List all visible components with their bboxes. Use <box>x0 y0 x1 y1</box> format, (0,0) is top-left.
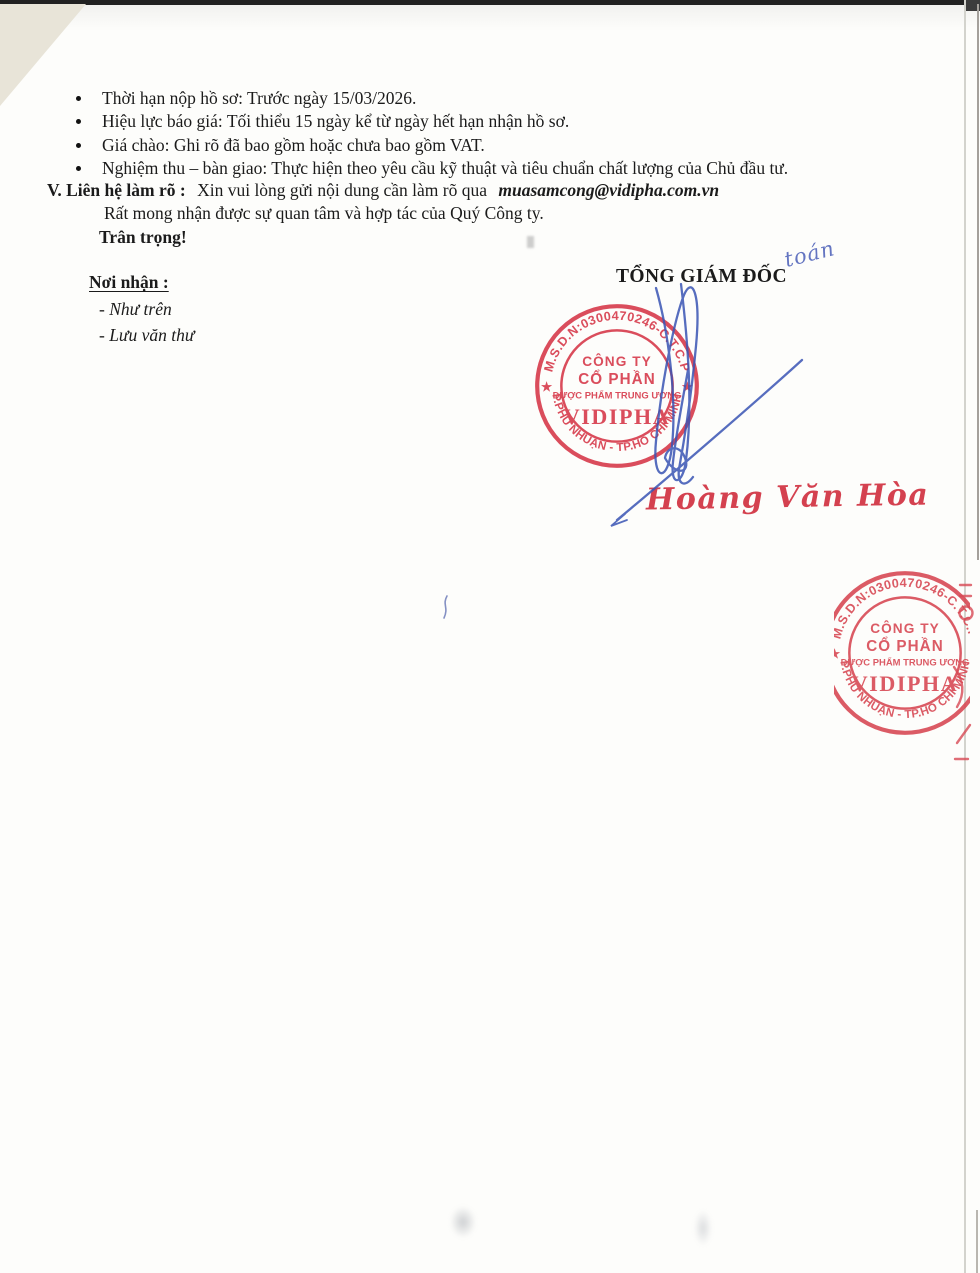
stamp-fragment <box>955 725 970 759</box>
recipient-item: - Lưu văn thư <box>99 324 194 347</box>
stamp-company-line-1: CÔNG TY <box>870 621 940 636</box>
ink-smudge <box>527 236 534 248</box>
signature-loops <box>655 287 697 483</box>
bullet-dot-icon <box>76 96 81 101</box>
pen-flick-stroke <box>444 596 447 618</box>
page-edge-line <box>977 4 979 560</box>
bullet-text: Hiệu lực báo giá: Tối thiểu 15 ngày kể t… <box>102 110 569 133</box>
bullet-dot-icon <box>76 143 81 148</box>
stamp-company-name: VIDIPHA <box>852 671 959 696</box>
signature-end-hook <box>611 514 627 526</box>
stamp-fragment <box>960 585 971 596</box>
bullet-text: Nghiệm thu – bàn giao: Thực hiện theo yê… <box>102 157 788 180</box>
contact-section-text: Xin vui lòng gửi nội dung cần làm rõ qua <box>197 180 487 200</box>
bullet-item: Hiệu lực báo giá: Tối thiểu 15 ngày kể t… <box>76 110 569 133</box>
page-edge-line-bottom <box>976 1210 978 1273</box>
recipient-item: - Như trên <box>99 298 172 321</box>
scan-top-shade <box>0 5 980 31</box>
scan-corner-shadow <box>0 4 86 106</box>
contact-email: muasamcong@vidipha.com.vn <box>498 180 719 200</box>
closing-regards-line: Trân trọng! <box>99 226 187 249</box>
stamp-company-line-2: CỔ PHẦN <box>866 637 944 655</box>
bullet-dot-icon <box>76 166 81 171</box>
bullet-item: Nghiệm thu – bàn giao: Thực hiện theo yê… <box>76 157 788 180</box>
stamp-fragment <box>954 667 962 707</box>
signature-scribble <box>535 238 865 538</box>
bullet-text: Thời hạn nộp hồ sơ: Trước ngày 15/03/202… <box>102 87 416 110</box>
recipients-heading: Nơi nhận : <box>89 271 169 294</box>
contact-section-line: V. Liên hệ làm rõ : Xin vui lòng gửi nội… <box>47 179 719 202</box>
bullet-item: Thời hạn nộp hồ sơ: Trước ngày 15/03/202… <box>76 87 416 110</box>
contact-section-label: V. Liên hệ làm rõ : <box>47 180 186 200</box>
stamp-fragments <box>946 575 978 775</box>
bullet-text: Giá chào: Ghi rõ đã bao gồm hoặc chưa ba… <box>102 134 485 157</box>
signature-diagonal-stroke <box>617 360 802 520</box>
scanned-document-page: Thời hạn nộp hồ sơ: Trước ngày 15/03/202… <box>0 0 980 1273</box>
pen-flick-mark <box>437 593 455 621</box>
closing-thanks-line: Rất mong nhận được sự quan tâm và hợp tá… <box>104 202 544 225</box>
ink-smudge <box>694 1210 712 1246</box>
bullet-item: Giá chào: Ghi rõ đã bao gồm hoặc chưa ba… <box>76 134 485 157</box>
bullet-dot-icon <box>76 119 81 124</box>
ink-smudge <box>450 1206 476 1238</box>
stamp-fragment <box>960 607 973 620</box>
